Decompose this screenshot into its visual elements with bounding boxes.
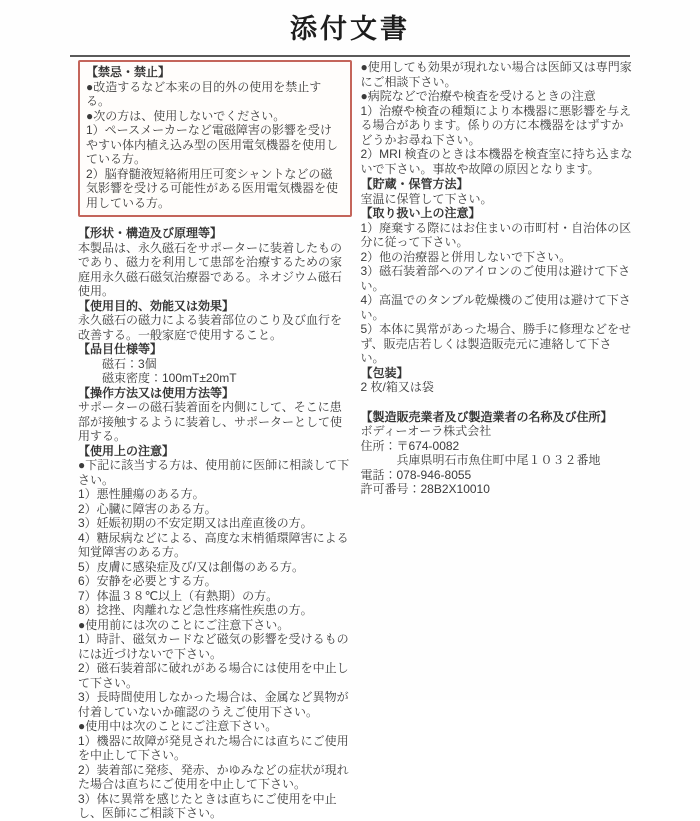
text-line: 2）他の治療器と併用しないで下さい。 — [361, 250, 635, 265]
section-text: ●下記に該当する方は、使用前に医師に相談して下さい。1）悪性腫瘍のある方。2）心… — [78, 458, 352, 821]
text-line: 8）捻挫、肉離れなど急性疼痛性疾患の方。 — [78, 603, 352, 618]
text-line: サポーターの磁石装着面を内側にして、そこに患部が接触するように装着し、サポーター… — [78, 400, 352, 444]
section-heading: 【形状・構造及び原理等】 — [78, 226, 352, 241]
text-line: 2）磁石装着部に破れがある場合には使用を中止して下さい。 — [78, 661, 352, 690]
section-text: 室温に保管して下さい。 — [361, 192, 635, 207]
text-line: 3）長時間使用しなかった場合は、金属など異物が付着していないか確認のうえご使用下… — [78, 690, 352, 719]
text-line: 5）皮膚に感染症及び/又は創傷のある方。 — [78, 560, 352, 575]
section-text: 1）廃棄する際にはお住まいの市町村・自治体の区分に従って下さい。2）他の治療器と… — [361, 221, 635, 366]
text-line: 2）MRI 検査のときは本機器を検査室に持ち込まないで下さい。事故や故障の原因と… — [361, 147, 635, 176]
text-line: 磁束密度：100mT±20mT — [78, 371, 352, 386]
text-line: 2）装着部に発疹、発赤、かゆみなどの症状が現れた場合は直ちにご使用を中止して下さ… — [78, 763, 352, 792]
page-title: 添付文書 — [0, 0, 700, 46]
text-line: 6）安静を必要とする方。 — [78, 574, 352, 589]
text-line: 1）悪性腫瘍のある方。 — [78, 487, 352, 502]
text-line: 3）磁石装着部へのアイロンのご使用は避けて下さい。 — [361, 264, 635, 293]
section-text: 磁石：3個 磁束密度：100mT±20mT — [78, 357, 352, 386]
section-text: サポーターの磁石装着面を内側にして、そこに患部が接触するように装着し、サポーター… — [78, 400, 352, 444]
text-line: 電話：078-946-8055 — [361, 468, 635, 483]
text-line: 室温に保管して下さい。 — [361, 192, 635, 207]
text-line: 2）心臓に障害のある方。 — [78, 502, 352, 517]
text-line: ボディーオーラ株式会社 — [361, 424, 635, 439]
section-heading: 【取り扱い上の注意】 — [361, 206, 635, 221]
warning-box-text: ●改造するなど本来の目的外の使用を禁止する。●次の方は、使用しないでください。1… — [86, 80, 344, 211]
text-line: 許可番号：28B2X10010 — [361, 482, 635, 497]
section-manufacturer-info: 【製造販売業者及び製造業者の名称及び住所】 ボディーオーラ株式会社住所：〒674… — [361, 410, 635, 497]
section-text: 2 枚/箱又は袋 — [361, 380, 635, 395]
section-heading-kinki-kinshi: 【禁忌・禁止】 — [86, 65, 344, 80]
section-text: 永久磁石の磁力による装着部位のこり及び血行を改善する。一般家庭で使用すること。 — [78, 313, 352, 342]
section-text: ●使用しても効果が現れない場合は医師又は専門家にご相談下さい。●病院などで治療や… — [361, 60, 635, 176]
section-heading: 【貯蔵・保管方法】 — [361, 177, 635, 192]
section-heading: 【使用目的、効能又は効果】 — [78, 299, 352, 314]
left-column: 【禁忌・禁止】 ●改造するなど本来の目的外の使用を禁止する。●次の方は、使用しな… — [78, 60, 352, 821]
text-line: ●使用中は次のことにご注意下さい。 — [78, 719, 352, 734]
section-intended-use: 【使用目的、効能又は効果】 永久磁石の磁力による装着部位のこり及び血行を改善する… — [78, 299, 352, 343]
text-line: 1）ペースメーカーなど電磁障害の影響を受けやすい体内植え込み型の医用電気機器を使… — [86, 123, 344, 167]
section-additional-notes: ●使用しても効果が現れない場合は医師又は専門家にご相談下さい。●病院などで治療や… — [361, 60, 635, 176]
text-line: 2）脳脊髄液短絡術用圧可変シャントなどの磁気影響を受ける可能性がある医用電気機器… — [86, 167, 344, 211]
text-line: ●使用しても効果が現れない場合は医師又は専門家にご相談下さい。 — [361, 60, 635, 89]
package-insert-document: 添付文書 【禁忌・禁止】 ●改造するなど本来の目的外の使用を禁止する。●次の方は… — [0, 0, 700, 700]
text-line: ●改造するなど本来の目的外の使用を禁止する。 — [86, 80, 344, 109]
contraindication-warning-box: 【禁忌・禁止】 ●改造するなど本来の目的外の使用を禁止する。●次の方は、使用しな… — [78, 60, 352, 217]
text-line: 1）治療や検査の種類により本機器に悪影響を与える場合があります。係りの方に本機器… — [361, 104, 635, 148]
section-heading: 【製造販売業者及び製造業者の名称及び住所】 — [361, 410, 635, 425]
section-heading: 【包装】 — [361, 366, 635, 381]
section-text: ボディーオーラ株式会社住所：〒674-0082 兵庫県明石市魚住町中尾１０３２番… — [361, 424, 635, 497]
text-line: 住所：〒674-0082 — [361, 439, 635, 454]
text-line: 2 枚/箱又は袋 — [361, 380, 635, 395]
text-line: 7）体温３８℃以上（有熱期）の方。 — [78, 589, 352, 604]
text-line: ●使用前には次のことにご注意下さい。 — [78, 618, 352, 633]
two-column-body: 【禁忌・禁止】 ●改造するなど本来の目的外の使用を禁止する。●次の方は、使用しな… — [0, 57, 700, 821]
text-line: 本製品は、永久磁石をサポーターに装着したものであり、磁力を利用して患部を治療する… — [78, 241, 352, 299]
text-line: 4）高温でのタンブル乾燥機のご使用は避けて下さい。 — [361, 293, 635, 322]
text-line: 5）本体に異常があった場合、勝手に修理などをせず、販売店若しくは製造販売元に連絡… — [361, 322, 635, 366]
text-line: 1）廃棄する際にはお住まいの市町村・自治体の区分に従って下さい。 — [361, 221, 635, 250]
text-line: ●下記に該当する方は、使用前に医師に相談して下さい。 — [78, 458, 352, 487]
section-usage-precautions: 【使用上の注意】 ●下記に該当する方は、使用前に医師に相談して下さい。1）悪性腫… — [78, 444, 352, 821]
section-packaging: 【包装】 2 枚/箱又は袋 — [361, 366, 635, 395]
text-line: 永久磁石の磁力による装着部位のこり及び血行を改善する。一般家庭で使用すること。 — [78, 313, 352, 342]
right-column: ●使用しても効果が現れない場合は医師又は専門家にご相談下さい。●病院などで治療や… — [361, 60, 635, 821]
text-line: 磁石：3個 — [78, 357, 352, 372]
section-heading: 【品目仕様等】 — [78, 342, 352, 357]
section-heading: 【操作方法又は使用方法等】 — [78, 386, 352, 401]
text-line: 3）妊娠初期の不安定期又は出産直後の方。 — [78, 516, 352, 531]
text-line: ●次の方は、使用しないでください。 — [86, 109, 344, 124]
section-shape-structure: 【形状・構造及び原理等】 本製品は、永久磁石をサポーターに装着したものであり、磁… — [78, 226, 352, 299]
section-storage: 【貯蔵・保管方法】 室温に保管して下さい。 — [361, 177, 635, 206]
text-line: 兵庫県明石市魚住町中尾１０３２番地 — [361, 453, 635, 468]
section-text: 本製品は、永久磁石をサポーターに装着したものであり、磁力を利用して患部を治療する… — [78, 241, 352, 299]
section-heading: 【使用上の注意】 — [78, 444, 352, 459]
section-handling-precautions: 【取り扱い上の注意】 1）廃棄する際にはお住まいの市町村・自治体の区分に従って下… — [361, 206, 635, 366]
text-line: 1）機器に故障が発見された場合には直ちにご使用を中止して下さい。 — [78, 734, 352, 763]
text-line: 1）時計、磁気カードなど磁気の影響を受けるものには近づけないで下さい。 — [78, 632, 352, 661]
text-line: 4）糖尿病などによる、高度な末梢循環障害による知覚障害のある方。 — [78, 531, 352, 560]
section-operation-method: 【操作方法又は使用方法等】 サポーターの磁石装着面を内側にして、そこに患部が接触… — [78, 386, 352, 444]
section-specifications: 【品目仕様等】 磁石：3個 磁束密度：100mT±20mT — [78, 342, 352, 386]
text-line: ●病院などで治療や検査を受けるときの注意 — [361, 89, 635, 104]
text-line: 3）体に異常を感じたときは直ちにご使用を中止し、医師にご相談下さい。 — [78, 792, 352, 821]
